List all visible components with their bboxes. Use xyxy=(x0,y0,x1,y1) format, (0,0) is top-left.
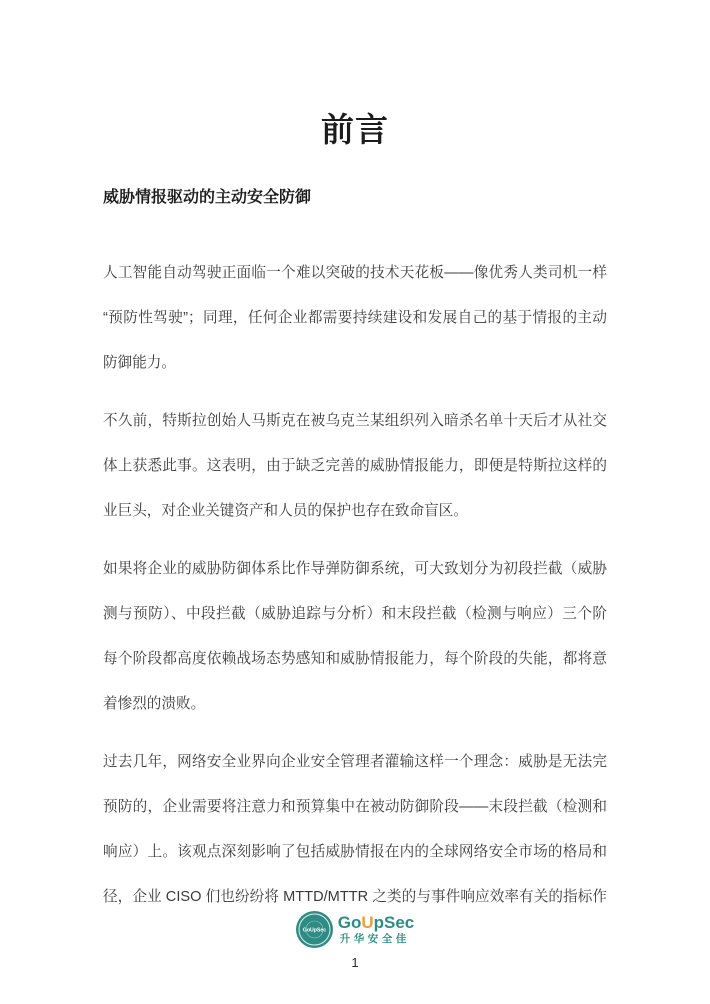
logo-wordmark-u: U xyxy=(361,913,373,932)
paragraph-line: 体上获悉此事。这表明，由于缺乏完善的威胁情报能力，即便是特斯拉这样的产 xyxy=(103,444,607,489)
body-content: 人工智能自动驾驶正面临一个难以突破的技术天花板——像优秀人类司机一样“预防性驾驶… xyxy=(103,251,607,920)
logo-tagline: 升华安全佳 xyxy=(338,933,410,945)
page-title: 前言 xyxy=(103,0,607,153)
paragraph-line: 过去几年，网络安全业界向企业安全管理者灌输这样一个理念：威胁是无法完全 xyxy=(103,740,607,785)
paragraph-line: 响应）上。该观点深刻影响了包括威胁情报在内的全球网络安全市场的格局和路 xyxy=(103,830,607,875)
paragraph-line: 人工智能自动驾驶正面临一个难以突破的技术天花板——像优秀人类司机一样 xyxy=(103,251,607,296)
paragraph-line: 每个阶段都高度依赖战场态势感知和威胁情报能力，每个阶段的失能，都将意味 xyxy=(103,637,607,682)
paragraph-line: 预防的，企业需要将注意力和预算集中在被动防御阶段——末段拦截（检测和 xyxy=(103,785,607,830)
paragraph-line: 着惨烈的溃败。 xyxy=(103,682,607,727)
logo-wordmark-psec: pSec xyxy=(374,913,415,932)
paragraph-line: 不久前，特斯拉创始人马斯克在被乌克兰某组织列入暗杀名单十天后才从社交媒 xyxy=(103,399,607,444)
logo-wordmark: GoUpSec xyxy=(338,914,415,931)
paragraph: 如果将企业的威胁防御体系比作导弹防御系统，可大致划分为初段拦截（威胁预测与预防）… xyxy=(103,547,607,727)
paragraph-line: 如果将企业的威胁防御体系比作导弹防御系统，可大致划分为初段拦截（威胁预 xyxy=(103,547,607,592)
paragraph-line: “预防性驾驶”；同理，任何企业都需要持续建设和发展自己的基于情报的主动 xyxy=(103,296,607,341)
emblem-center-text: GoUpSec xyxy=(303,928,326,934)
goupsec-logo-icon: GoUpSec xyxy=(296,911,333,948)
document-page: 前言 威胁情报驱动的主动安全防御 人工智能自动驾驶正面临一个难以突破的技术天花板… xyxy=(0,0,710,1004)
logo-wordmark-go: Go xyxy=(338,913,362,932)
section-heading: 威胁情报驱动的主动安全防御 xyxy=(103,186,607,210)
paragraph-line: 业巨头，对企业关键资产和人员的保护也存在致命盲区。 xyxy=(103,489,607,534)
footer-logo: GoUpSec GoUpSec 升华安全佳 xyxy=(0,911,710,948)
paragraph-line: 测与预防）、中段拦截（威胁追踪与分析）和末段拦截（检测与响应）三个阶段， xyxy=(103,592,607,637)
logo-text-block: GoUpSec 升华安全佳 xyxy=(338,914,415,945)
paragraph: 过去几年，网络安全业界向企业安全管理者灌输这样一个理念：威胁是无法完全预防的，企… xyxy=(103,740,607,920)
paragraph-line: 防御能力。 xyxy=(103,341,607,386)
paragraph: 人工智能自动驾驶正面临一个难以突破的技术天花板——像优秀人类司机一样“预防性驾驶… xyxy=(103,251,607,386)
page-number: 1 xyxy=(0,953,710,973)
paragraph: 不久前，特斯拉创始人马斯克在被乌克兰某组织列入暗杀名单十天后才从社交媒体上获悉此… xyxy=(103,399,607,534)
